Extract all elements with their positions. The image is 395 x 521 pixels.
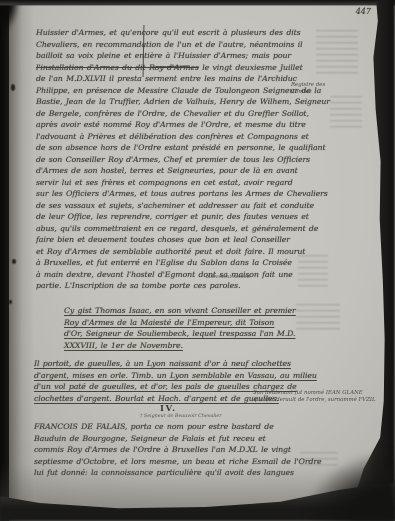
- blazon-line: d'argent, mises en orle. Timb. un Lyon s…: [34, 370, 320, 382]
- manuscript-line: de leur Office, les reprendre, corriger …: [36, 211, 318, 223]
- interlinear-note-francois: † Seigneur de Beauvoir Chevalier: [140, 414, 222, 420]
- epitaph-block: Cy gist Thomas Isaac, en son vivant Cons…: [64, 305, 314, 351]
- struck-text: l'installation d'Armes du dit Roy d'Arme…: [36, 63, 199, 72]
- manuscript-line: de son absence hors de l'Ordre estant pr…: [36, 142, 318, 154]
- epitaph-line: Roy d'Armes de la Maiesté de l'Empereur,…: [64, 317, 314, 329]
- manuscript-line: partie. L'Inscription de sa tombe porte …: [36, 280, 318, 292]
- dark-corner-bottom-right: [305, 451, 395, 521]
- manuscript-line: de son Conseiller Roy d'Armes, Chef et p…: [36, 154, 318, 166]
- manuscript-line: Bauduin de Bourgogne, Seigneur de Falais…: [34, 433, 324, 445]
- manuscript-line: Bastie, Jean de la Truffier, Adrien de V…: [36, 96, 318, 108]
- manuscript-line: après avoir esté nommé Roy d'Armes de l'…: [36, 119, 318, 131]
- manuscript-line: à main dextre, devant l'hostel d'Egmont …: [36, 269, 318, 281]
- epitaph-line: d'Or, Seigneur de Souliembeck, lequel tr…: [64, 328, 314, 340]
- manuscript-line: à Bruxelles, et fut enterré en l'Eglise …: [36, 257, 318, 269]
- margin-note-line: Son lieutenant fut nommé IEAN GLANE: [253, 390, 376, 397]
- manuscript-line: Philippe, en présence de Messire Claude …: [36, 85, 318, 97]
- manuscript-line: faire bien et deuement toutes choses que…: [36, 234, 318, 246]
- interlinear-note-egmont: autrement nommé: [206, 275, 251, 281]
- epitaph-line: XXXVIII, le 1er de Novembre.: [64, 340, 314, 352]
- epitaph-line: Cy gist Thomas Isaac, en son vivant Cons…: [64, 305, 314, 317]
- manuscript-line: et Roy d'Armes de semblable authorité pe…: [36, 246, 318, 258]
- struck-through-line: l'installation d'Armes du dit Roy d'Arme…: [36, 62, 318, 74]
- manuscript-line: de Bergele, confrères de l'Ordre, de Che…: [36, 108, 318, 120]
- ink-blot: [12, 259, 16, 264]
- section-number: IV.: [160, 404, 177, 414]
- manuscript-line: FRANCOIS DE FALAIS, porta ce nom pour es…: [34, 421, 324, 433]
- manuscript-line: sur les Officiers d'Armes, et tous autre…: [36, 188, 318, 200]
- manuscript-line: Chevaliers, en recommandation de l'un et…: [36, 39, 318, 51]
- page-left-edge: [0, 0, 9, 521]
- page-number: 447: [356, 7, 371, 16]
- bleed-through-smudge: [330, 96, 362, 132]
- manuscript-line: de l'an M.D.XLVII il presta serment entr…: [36, 73, 318, 85]
- manuscript-line: l'advouant à Prières et délibération des…: [36, 131, 318, 143]
- paragraph-one-rest: de l'an M.D.XLVII il presta serment entr…: [36, 73, 318, 292]
- page-top-edge: [0, 0, 395, 6]
- margin-note-line: qualifié Herault de l'ordre, surnommé FV…: [253, 397, 376, 404]
- manuscript-line: commis Roy d'Armes de l'Ordre à Bruxelle…: [34, 444, 324, 456]
- bleed-through-smudge: [316, 30, 358, 76]
- manuscript-line: servir lui et ses frères et compagnons e…: [36, 177, 318, 189]
- manuscript-photo: 447 Registre desComtes Huissier d'Armes,…: [0, 0, 395, 521]
- manuscript-line: Huissier d'Armes, et qu'encore qu'il eut…: [36, 27, 318, 39]
- manuscript-line: bailloit sa voix pleine et entière à l'H…: [36, 50, 318, 62]
- ink-blot: [11, 84, 15, 91]
- manuscript-line: abus, qu'ils commettraient en ce regard,…: [36, 223, 318, 235]
- blazon-line: Il portoit, de gueulles, à un Lyon naiss…: [34, 358, 320, 370]
- ink-blot: [9, 300, 12, 304]
- margin-note-lieutenant: Son lieutenant fut nommé IEAN GLANEquali…: [253, 390, 376, 404]
- paragraph-one-start: Huissier d'Armes, et qu'encore qu'il eut…: [36, 27, 318, 62]
- line-continuation: le vingt deuxiesme Juillet: [199, 63, 303, 72]
- manuscript-line: de ses vassaux et sujets, s'acheminer et…: [36, 200, 318, 212]
- manuscript-line: d'Armes de son hostel, terres et Seigneu…: [36, 165, 318, 177]
